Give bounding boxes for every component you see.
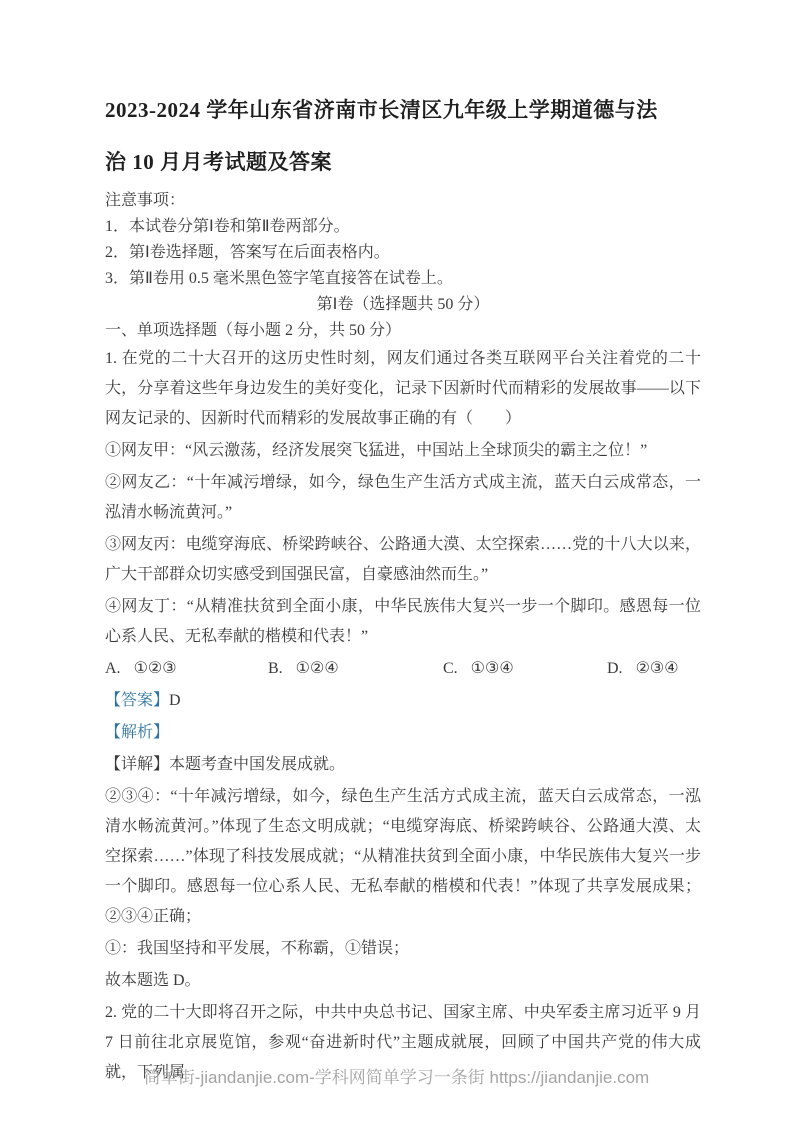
question-1-statement-3: ③网友丙：电缆穿海底、桥梁跨峡谷、公路通大漠、太空探索……党的十八大以来，广大干…: [105, 530, 701, 590]
page-title-line-2: 治 10 月月考试题及答案: [105, 150, 332, 174]
document-page: 2023-2024 学年山东省济南市长清区九年级上学期道德与法治 10 月月考试…: [0, 0, 793, 1122]
answer-line: 【答案】D: [105, 686, 701, 716]
option-c-value: ①③④: [471, 660, 514, 677]
analysis-label: 【解析】: [105, 718, 701, 748]
notice-section: 注意事项： 1．本试卷分第Ⅰ卷和第Ⅱ卷两部分。 2．第Ⅰ卷选择题，答案写在后面表…: [105, 188, 701, 344]
explanation-paragraph-3: 故本题选 D。: [105, 966, 701, 996]
single-choice-heading: 一、单项选择题（每小题 2 分，共 50 分）: [105, 318, 701, 344]
question-1-stem: 1. 在党的二十大召开的这历史性时刻，网友们通过各类互联网平台关注着党的二十大，…: [105, 344, 701, 434]
question-1-statement-4: ④网友丁：“从精准扶贫到全面小康，中华民族伟大复兴一步一个脚印。感恩每一位心系人…: [105, 592, 701, 652]
option-b: B.①②④: [268, 654, 339, 684]
explanation-paragraph-1: ②③④：“十年减污增绿，如今，绿色生产生活方式成主流，蓝天白云成常态，一泓清水畅…: [105, 782, 701, 932]
option-d-label: D.: [607, 660, 623, 677]
option-a: A.①②③: [105, 654, 177, 684]
explanation-paragraph-2: ①：我国坚持和平发展，不称霸，①错误；: [105, 934, 701, 964]
question-1-options: A.①②③ B.①②④ C.①③④ D.②③④: [105, 654, 701, 684]
option-d: D.②③④: [607, 654, 679, 684]
answer-value: D: [169, 692, 181, 709]
page-content: 2023-2024 学年山东省济南市长清区九年级上学期道德与法治 10 月月考试…: [105, 84, 701, 1090]
page-title: 2023-2024 学年山东省济南市长清区九年级上学期道德与法治 10 月月考试…: [105, 84, 701, 188]
option-b-value: ①②④: [296, 660, 339, 677]
option-c: C.①③④: [443, 654, 514, 684]
questions-body: 1. 在党的二十大召开的这历史性时刻，网友们通过各类互联网平台关注着党的二十大，…: [105, 344, 701, 1088]
option-d-value: ②③④: [636, 660, 679, 677]
notice-item-2: 2．第Ⅰ卷选择题，答案写在后面表格内。: [105, 240, 701, 266]
page-title-line-1: 2023-2024 学年山东省济南市长清区九年级上学期道德与法: [105, 98, 658, 122]
question-1-statement-2: ②网友乙：“十年减污增绿，如今，绿色生产生活方式成主流，蓝天白云成常态，一泓清水…: [105, 468, 701, 528]
notice-item-3: 3．第Ⅱ卷用 0.5 毫米黑色签字笔直接答在试卷上。: [105, 266, 701, 292]
notice-heading: 注意事项：: [105, 188, 701, 214]
page-footer: 简单街-jiandanjie.com-学科网简单学习一条街 https://ji…: [0, 1066, 793, 1090]
option-b-label: B.: [268, 660, 283, 677]
footer-text: 简单街-jiandanjie.com-学科网简单学习一条街 https://ji…: [144, 1068, 649, 1087]
notice-item-1: 1．本试卷分第Ⅰ卷和第Ⅱ卷两部分。: [105, 214, 701, 240]
option-a-value: ①②③: [134, 660, 177, 677]
option-a-label: A.: [105, 660, 121, 677]
question-1-statement-1: ①网友甲：“风云激荡，经济发展突飞猛进，中国站上全球顶尖的霸主之位！”: [105, 436, 701, 466]
part1-heading: 第Ⅰ卷（选择题共 50 分）: [105, 292, 701, 318]
option-c-label: C.: [443, 660, 458, 677]
answer-label: 【答案】: [105, 692, 169, 709]
detail-line: 【详解】本题考查中国发展成就。: [105, 750, 701, 780]
